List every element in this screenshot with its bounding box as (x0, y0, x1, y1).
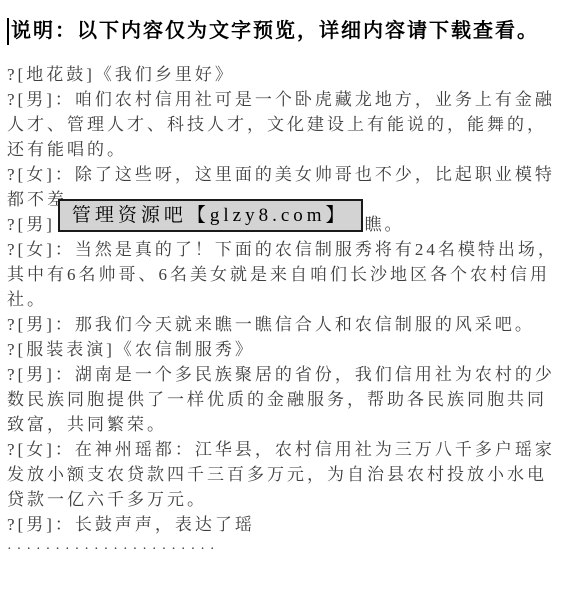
text-line: ?[女]：在神州瑶都：江华县，农村信用社为三万八千多户瑶家 (7, 437, 574, 462)
text-line: 人才、管理人才、科技人才，文化建设上有能说的，能舞的， (7, 112, 574, 137)
text-line: ?[男]：那我们今天就来瞧一瞧信合人和农信制服的风采吧。 (7, 312, 574, 337)
text-line: 致富，共同繁荣。 (7, 412, 574, 437)
text-line: 其中有6名帅哥、6名美女就是来自咱们长沙地区各个农村信用 (7, 262, 574, 287)
text-line: 贷款一亿六千多万元。 (7, 487, 574, 512)
watermark-covered-line: ?[男] 管理资源吧【glzy8.com】 瞧。 (7, 212, 574, 237)
text-fragment-after-watermark: 瞧。 (365, 212, 405, 237)
ellipsis-line: ······················ (7, 537, 574, 562)
text-line: 数民族同胞提供了一样优质的金融服务，帮助各民族同胞共同 (7, 387, 574, 412)
text-line: ?[女]：当然是真的了！下面的农信制服秀将有24名模特出场， (7, 237, 574, 262)
text-fragment-before-watermark: ?[男] (7, 212, 55, 237)
preview-page: 说明：以下内容仅为文字预览，详细内容请下载查看。 ?[地花鼓]《我们乡里好》 ?… (0, 0, 578, 600)
notice-row: 说明：以下内容仅为文字预览，详细内容请下载查看。 (7, 18, 574, 45)
preview-text: ?[地花鼓]《我们乡里好》 ?[男]：咱们农村信用社可是一个卧虎藏龙地方，业务上… (7, 62, 574, 562)
text-caret (7, 18, 9, 45)
notice-text: 说明：以下内容仅为文字预览，详细内容请下载查看。 (11, 18, 539, 45)
text-line: ?[服装表演]《农信制服秀》 (7, 337, 574, 362)
text-line: ?[男]：咱们农村信用社可是一个卧虎藏龙地方，业务上有金融 (7, 87, 574, 112)
text-line: 发放小额支农贷款四千三百多万元，为自治县农村投放小水电 (7, 462, 574, 487)
text-line: ?[男]：长鼓声声，表达了瑶 (7, 512, 574, 537)
watermark-box: 管理资源吧【glzy8.com】 (58, 199, 363, 232)
text-line: ?[男]：湖南是一个多民族聚居的省份，我们信用社为农村的少 (7, 362, 574, 387)
text-line: 还有能唱的。 (7, 137, 574, 162)
text-line: 社。 (7, 287, 574, 312)
text-line: ?[地花鼓]《我们乡里好》 (7, 62, 574, 87)
text-line: ?[女]：除了这些呀，这里面的美女帅哥也不少，比起职业模特 (7, 162, 574, 187)
